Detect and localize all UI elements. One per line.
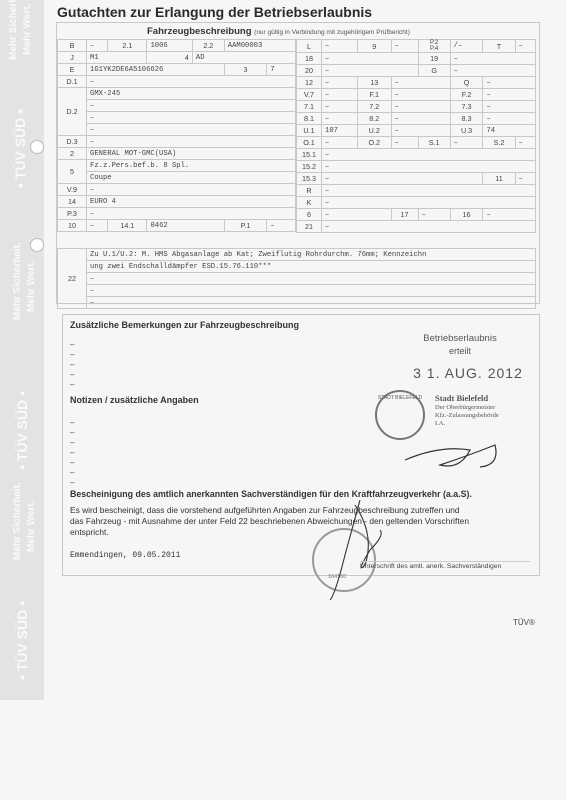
- field-label: 2.1: [108, 40, 147, 52]
- field-value: –: [483, 209, 536, 221]
- note-line: –: [70, 478, 74, 487]
- field-label: P.3: [58, 208, 87, 220]
- heading-text: Fahrzeugbeschreibung: [147, 26, 252, 37]
- field-label: 2.2: [192, 40, 224, 52]
- vehicle-fields-right: L–9–P.2P.4/–T– 18–19– 20–G– 12–13–Q– V.7…: [296, 39, 536, 233]
- field-label: 22: [58, 249, 87, 309]
- field-value: –: [322, 149, 536, 161]
- field-value: –: [87, 184, 296, 196]
- field-label: 3: [224, 64, 267, 76]
- field-label: S.1: [418, 137, 450, 149]
- field-value: –: [450, 137, 483, 149]
- field-label: Q: [450, 77, 483, 89]
- field-label: 7.3: [450, 101, 483, 113]
- field-value: –: [322, 65, 419, 77]
- field-label: 16: [450, 209, 483, 221]
- certification-text-1: Es wird bescheinigt, dass die vorstehend…: [70, 505, 469, 516]
- strip-brand-3: • TÜV SÜD •: [14, 601, 30, 680]
- remarks-heading: Zusätzliche Bemerkungen zur Fahrzeugbesc…: [70, 320, 299, 330]
- field-value: 107: [322, 125, 358, 137]
- field-value: –: [483, 101, 536, 113]
- field-label: 8.2: [357, 113, 391, 125]
- field-value: 0462: [147, 220, 224, 232]
- field-value: –: [322, 185, 536, 197]
- field-value: M1: [87, 52, 147, 64]
- field-value: –: [391, 40, 418, 53]
- field-value: –: [450, 65, 535, 77]
- field-label: V.9: [58, 184, 87, 196]
- field-label: 10: [58, 220, 87, 232]
- field-value: –: [391, 89, 450, 101]
- punch-hole: [30, 140, 44, 154]
- strip-brand-1: • TÜV SÜD •: [12, 109, 28, 188]
- field-value: –: [322, 161, 536, 173]
- field-label: J: [58, 52, 87, 64]
- field-value: /–: [450, 40, 483, 53]
- field-label: U.3: [450, 125, 483, 137]
- field-value: –: [483, 89, 536, 101]
- field-label: 18: [297, 53, 322, 65]
- expert-signature-icon: [325, 495, 395, 605]
- field-value: –: [87, 76, 296, 88]
- field-label: 7.2: [357, 101, 391, 113]
- field-value: –: [87, 40, 108, 52]
- authority-name: Stadt Bielefeld: [435, 393, 488, 403]
- field-label: K: [297, 197, 322, 209]
- field-value: –: [450, 53, 535, 65]
- field-label: U.1: [297, 125, 322, 137]
- field-value: –: [322, 89, 358, 101]
- field-value: –: [322, 53, 419, 65]
- field-label: 8.3: [450, 113, 483, 125]
- field-label: P.1: [224, 220, 267, 232]
- authority-sub-1: Der Oberbürgermeister: [435, 404, 495, 411]
- field-value: –: [391, 113, 450, 125]
- field-label: 5: [58, 160, 87, 184]
- field-label: P.2P.4: [418, 40, 450, 53]
- field-label: F.1: [357, 89, 391, 101]
- certification-text: Es wird bescheinigt, dass die vorstehend…: [70, 505, 469, 538]
- field-label: V.7: [297, 89, 322, 101]
- field-value: –: [515, 40, 535, 53]
- field-value: Zu U.1/U.2: M. HMS Abgasanlage ab Kat; Z…: [87, 249, 536, 261]
- field-value: –: [87, 112, 296, 124]
- approval-stamp-line-1: Betriebserlaubnis: [400, 333, 520, 344]
- field-22: 22Zu U.1/U.2: M. HMS Abgasanlage ab Kat;…: [57, 248, 536, 309]
- strip-slogan-1: Mehr Sicherheit.: [8, 0, 19, 60]
- field-value: 1G1YK2DE6A5106626: [87, 64, 225, 76]
- remark-line: –: [70, 370, 74, 379]
- field-value: ung zwei Endschalldämpfer ESD.15.76.110*…: [87, 261, 536, 273]
- note-line: –: [70, 428, 74, 437]
- note-line: –: [70, 448, 74, 457]
- field-label: D.1: [58, 76, 87, 88]
- field-value: –: [87, 208, 296, 220]
- field-value: AD: [192, 52, 295, 64]
- field-label: D.2: [58, 88, 87, 136]
- vehicle-fields-left: B–2.110062.2AAM00003 JM14AD E1G1YK2DE6A5…: [57, 39, 296, 232]
- field-value: –: [322, 40, 358, 53]
- field-label: 17: [391, 209, 418, 221]
- field-value: 1006: [147, 40, 192, 52]
- strip-slogan-6: Mehr Wert.: [26, 501, 37, 553]
- field-value: –: [87, 297, 536, 309]
- field-value: –: [391, 137, 418, 149]
- seal-text: STADT BIELEFELD: [377, 395, 423, 401]
- field-label: O.2: [357, 137, 391, 149]
- field-label: 11: [483, 173, 515, 185]
- approval-date: 3 1. AUG. 2012: [408, 365, 528, 381]
- certification-text-2: das Fahrzeug - mit Ausnahme der unter Fe…: [70, 516, 469, 527]
- field-label: R: [297, 185, 322, 197]
- field-label: 7.1: [297, 101, 322, 113]
- field-value: EURO 4: [87, 196, 296, 208]
- field-value: –: [391, 101, 450, 113]
- place-date: Emmendingen, 09.05.2011: [70, 551, 180, 560]
- vehicle-description-heading: Fahrzeugbeschreibung (nur gültig in Verb…: [147, 26, 410, 37]
- field-label: E: [58, 64, 87, 76]
- field-value: –: [322, 137, 358, 149]
- field-value: –: [87, 136, 296, 148]
- field-value: –: [483, 113, 536, 125]
- field-label: G: [418, 65, 450, 77]
- field-label: U.2: [357, 125, 391, 137]
- strip-slogan-2: Mehr Wert.: [22, 4, 33, 56]
- note-line: –: [70, 458, 74, 467]
- strip-slogan-4: Mehr Wert.: [26, 261, 37, 313]
- authority-sub-2: Kfz.-Zulassungsbehörde: [435, 412, 499, 419]
- field-value: –: [391, 125, 450, 137]
- remark-line: –: [70, 360, 74, 369]
- heading-note: (nur gültig in Verbindung mit zugehörige…: [254, 29, 410, 36]
- field-value: AAM00003: [224, 40, 295, 52]
- field-value: –: [391, 77, 450, 89]
- note-line: –: [70, 418, 74, 427]
- note-line: –: [70, 438, 74, 447]
- field-label: L: [297, 40, 322, 53]
- field-value: –: [87, 285, 536, 297]
- field-value: –: [322, 101, 358, 113]
- field-value: Coupe: [87, 172, 296, 184]
- field-label: O.1: [297, 137, 322, 149]
- field-label: 15.1: [297, 149, 322, 161]
- field-value: –: [322, 113, 358, 125]
- field-label: 14.1: [108, 220, 147, 232]
- field-value: –: [87, 124, 296, 136]
- field-label: 8.1: [297, 113, 322, 125]
- strip-slogan-5: Mehr Sicherheit.: [12, 482, 23, 560]
- document-title: Gutachten zur Erlangung der Betriebserla…: [57, 4, 372, 20]
- field-label: 20: [297, 65, 322, 77]
- field-value: –: [322, 197, 536, 209]
- note-line: –: [70, 468, 74, 477]
- field-label: 12: [297, 77, 322, 89]
- field-label: 14: [58, 196, 87, 208]
- field-label: 6: [297, 209, 322, 221]
- remark-line: –: [70, 350, 74, 359]
- field-value: –: [515, 173, 535, 185]
- field-value: –: [322, 77, 358, 89]
- field-label: 4: [147, 52, 192, 64]
- remark-line: –: [70, 340, 74, 349]
- strip-brand-2: • TÜV SÜD •: [14, 391, 30, 470]
- field-value: –: [322, 221, 536, 233]
- notes-heading: Notizen / zusätzliche Angaben: [70, 395, 199, 405]
- field-value: GMX-245: [87, 88, 296, 100]
- field-label: B: [58, 40, 87, 52]
- official-signature-icon: [400, 425, 510, 475]
- field-value: GENERAL MOT-GMC(USA): [87, 148, 296, 160]
- field-label: 15.3: [297, 173, 322, 185]
- field-value: –: [87, 220, 108, 232]
- field-value: 7: [267, 64, 296, 76]
- certification-heading: Bescheinigung des amtlich anerkannten Sa…: [70, 489, 472, 499]
- strip-slogan-3: Mehr Sicherheit.: [12, 242, 23, 320]
- signature-label: Unterschrift des amtl. anerk. Sachverstä…: [360, 561, 530, 570]
- field-label: T: [483, 40, 515, 53]
- field-label: 2: [58, 148, 87, 160]
- field-value: Fz.z.Pers.bef.b. 8 Spl.: [87, 160, 296, 172]
- field-value: –: [483, 77, 536, 89]
- field-label: 13: [357, 77, 391, 89]
- field-label: 15.2: [297, 161, 322, 173]
- field-value: –: [87, 100, 296, 112]
- certification-text-3: entspricht.: [70, 527, 469, 538]
- field-label: 21: [297, 221, 322, 233]
- approval-stamp-line-2: erteilt: [400, 346, 520, 356]
- field-value: –: [322, 173, 483, 185]
- field-label: 9: [357, 40, 391, 53]
- field-value: –: [267, 220, 296, 232]
- field-label: F.2: [450, 89, 483, 101]
- field-value: –: [515, 137, 535, 149]
- tuv-side-strip: Mehr Sicherheit. Mehr Wert. • TÜV SÜD • …: [0, 0, 44, 700]
- field-value: 74: [483, 125, 536, 137]
- field-value: –: [418, 209, 450, 221]
- punch-hole: [30, 238, 44, 252]
- field-value: –: [87, 273, 536, 285]
- field-value: –: [322, 209, 392, 221]
- remark-line: –: [70, 380, 74, 389]
- field-label: S.2: [483, 137, 515, 149]
- tuv-footer-logo: TÜV®: [513, 618, 535, 627]
- field-label: 19: [418, 53, 450, 65]
- field-label: D.3: [58, 136, 87, 148]
